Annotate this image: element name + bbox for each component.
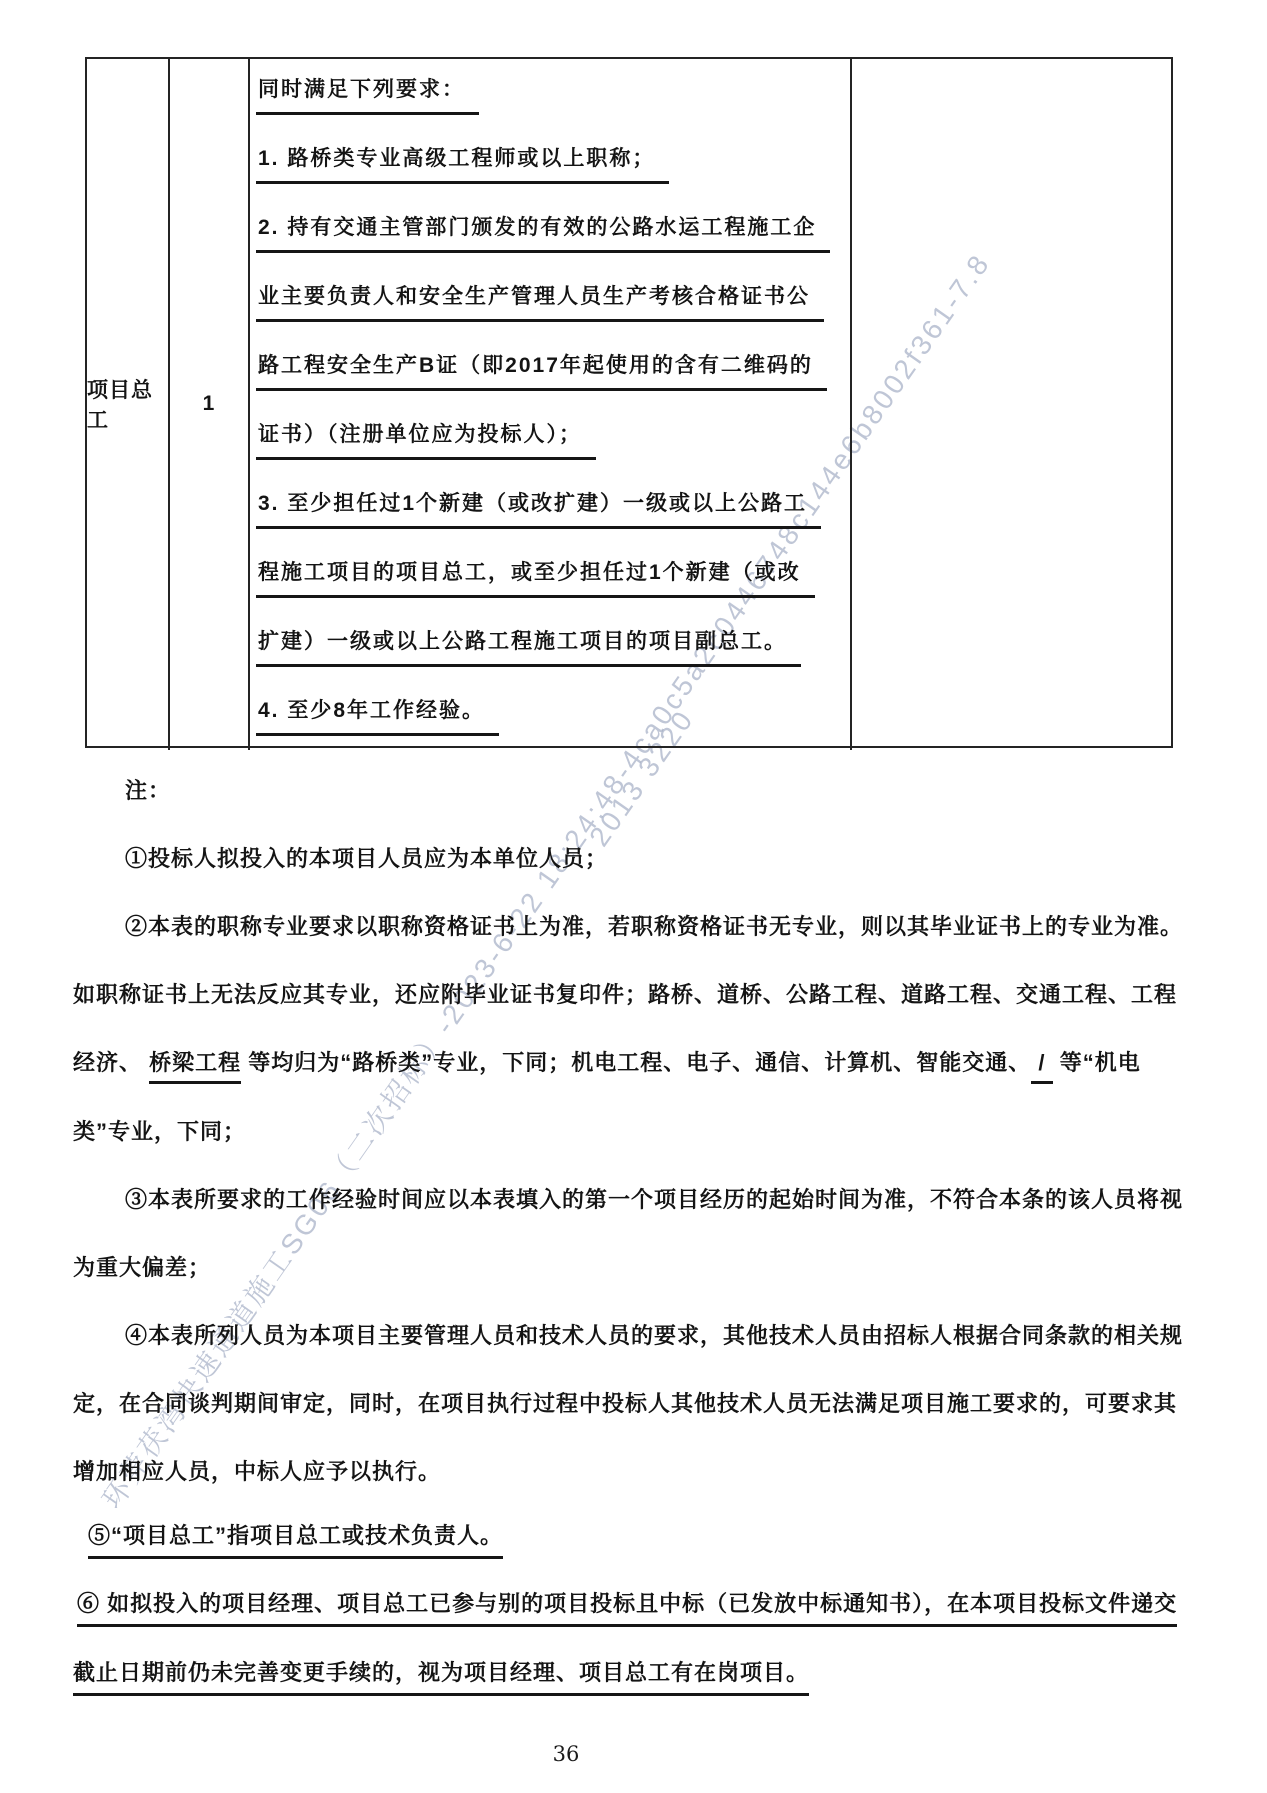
requirement-text: 扩建）一级或以上公路工程施工项目的项目副总工。 (256, 625, 801, 667)
note-segment: ③本表所要求的工作经验时间应以本表填入的第一个项目经历的起始时间为准，不符合本条… (125, 1187, 1183, 1212)
note-line: 注： (60, 755, 1225, 823)
note-line: ②本表的职称专业要求以职称资格证书上为准，若职称资格证书无专业，则以其毕业证书上… (60, 891, 1225, 959)
note-segment: 类”专业，下同； (73, 1119, 246, 1144)
note-text: ⑥ 如拟投入的项目经理、项目总工已参与别的项目投标且中标（已发放中标通知书），在… (77, 1587, 1177, 1627)
note-segment: 截止日期前仍未完善变更手续的，视为项目经理、项目总工有在岗项目。 (73, 1660, 809, 1685)
requirement-line: 2. 持有交通主管部门颁发的有效的公路水运工程施工企 (256, 197, 850, 266)
note-text: 注： (125, 774, 171, 805)
document-page: 环莞茯湾快速通道施工SG06（二次招标）-2023-6-22 18:24:48-… (0, 0, 1267, 1793)
requirement-line: 程施工项目的项目总工，或至少担任过1个新建（或改 (256, 543, 850, 612)
note-text: 增加相应人员，中标人应予以执行。 (73, 1455, 441, 1486)
note-line: 如职称证书上无法反应其专业，还应附毕业证书复印件；路桥、道桥、公路工程、道路工程… (60, 960, 1225, 1028)
requirement-line: 扩建）一级或以上公路工程施工项目的项目副总工。 (256, 612, 850, 681)
note-segment: 等均归为“路桥类”专业，下同；机电工程、电子、通信、计算机、智能交通、 (241, 1050, 1031, 1075)
note-segment: ⑤“项目总工”指项目总工或技术负责人。 (88, 1523, 503, 1548)
note-text: 如职称证书上无法反应其专业，还应附毕业证书复印件；路桥、道桥、公路工程、道路工程… (73, 978, 1177, 1009)
note-text: ②本表的职称专业要求以职称资格证书上为准，若职称资格证书无专业，则以其毕业证书上… (125, 910, 1183, 941)
requirement-line: 3. 至少担任过1个新建（或改扩建）一级或以上公路工 (256, 474, 850, 543)
requirement-text: 证书）（注册单位应为投标人）； (256, 418, 596, 460)
note-text: 截止日期前仍未完善变更手续的，视为项目经理、项目总工有在岗项目。 (73, 1656, 809, 1696)
position-label: 项目总工 (87, 374, 168, 434)
note-segment: 经济、 (73, 1050, 149, 1075)
requirement-line: 证书）（注册单位应为投标人）； (256, 404, 850, 473)
note-line: ③本表所要求的工作经验时间应以本表填入的第一个项目经历的起始时间为准，不符合本条… (60, 1164, 1225, 1232)
requirement-text: 3. 至少担任过1个新建（或改扩建）一级或以上公路工 (256, 487, 821, 529)
table-cell-position: 项目总工 (87, 59, 170, 750)
note-segment: ⑥ 如拟投入的项目经理、项目总工已参与别的项目投标且中标（已发放中标通知书），在… (77, 1591, 1177, 1616)
table-cell-requirements: 同时满足下列要求：1. 路桥类专业高级工程师或以上职称；2. 持有交通主管部门颁… (250, 59, 852, 750)
note-line: 增加相应人员，中标人应予以执行。 (60, 1437, 1225, 1505)
note-line: ④本表所列人员为本项目主要管理人员和技术人员的要求，其他技术人员由招标人根据合同… (60, 1301, 1225, 1369)
note-line: ①投标人拟投入的本项目人员应为本单位人员； (60, 823, 1225, 891)
note-text: ⑤“项目总工”指项目总工或技术负责人。 (88, 1519, 503, 1559)
note-line: ⑥ 如拟投入的项目经理、项目总工已参与别的项目投标且中标（已发放中标通知书），在… (60, 1573, 1225, 1641)
requirement-text: 1. 路桥类专业高级工程师或以上职称； (256, 142, 669, 184)
requirement-line: 路工程安全生产B证（即2017年起使用的含有二维码的 (256, 335, 850, 404)
requirement-line: 同时满足下列要求： (256, 59, 850, 128)
requirement-text: 路工程安全生产B证（即2017年起使用的含有二维码的 (256, 349, 827, 391)
note-text: 类”专业，下同； (73, 1115, 246, 1146)
notes-section: 注：①投标人拟投入的本项目人员应为本单位人员；②本表的职称专业要求以职称资格证书… (60, 755, 1225, 1710)
requirement-text: 程施工项目的项目总工，或至少担任过1个新建（或改 (256, 556, 815, 598)
note-segment: 增加相应人员，中标人应予以执行。 (73, 1459, 441, 1484)
table-cell-quantity: 1 (170, 59, 250, 750)
requirement-text: 业主要负责人和安全生产管理人员生产考核合格证书公 (256, 280, 824, 322)
note-text: ④本表所列人员为本项目主要管理人员和技术人员的要求，其他技术人员由招标人根据合同… (125, 1319, 1183, 1350)
note-segment: 注： (125, 778, 171, 803)
note-text: 为重大偏差； (73, 1251, 211, 1282)
table-cell-empty (852, 59, 1171, 750)
requirement-line: 4. 至少8年工作经验。 (256, 681, 850, 750)
note-segment: 定，在合同谈判期间审定，同时，在项目执行过程中投标人其他技术人员无法满足项目施工… (73, 1391, 1177, 1416)
note-segment: 如职称证书上无法反应其专业，还应附毕业证书复印件；路桥、道桥、公路工程、道路工程… (73, 982, 1177, 1007)
requirement-line: 业主要负责人和安全生产管理人员生产考核合格证书公 (256, 266, 850, 335)
note-line: 为重大偏差； (60, 1232, 1225, 1300)
note-segment: / (1031, 1050, 1052, 1084)
note-segment: 为重大偏差； (73, 1255, 211, 1280)
note-segment: 桥梁工程 (149, 1050, 241, 1084)
note-text: 定，在合同谈判期间审定，同时，在项目执行过程中投标人其他技术人员无法满足项目施工… (73, 1387, 1177, 1418)
quantity-value: 1 (203, 392, 216, 416)
requirement-text: 同时满足下列要求： (256, 73, 479, 115)
note-segment: 等“机电 (1053, 1050, 1141, 1075)
requirement-text: 2. 持有交通主管部门颁发的有效的公路水运工程施工企 (256, 211, 830, 253)
note-text: ①投标人拟投入的本项目人员应为本单位人员； (125, 842, 608, 873)
requirement-text: 4. 至少8年工作经验。 (256, 694, 499, 736)
page-number: 36 (536, 1742, 596, 1766)
note-segment: ②本表的职称专业要求以职称资格证书上为准，若职称资格证书无专业，则以其毕业证书上… (125, 914, 1183, 939)
note-segment: ①投标人拟投入的本项目人员应为本单位人员； (125, 846, 608, 871)
note-line: 经济、 桥梁工程 等均归为“路桥类”专业，下同；机电工程、电子、通信、计算机、智… (60, 1028, 1225, 1096)
note-line: 类”专业，下同； (60, 1096, 1225, 1164)
note-line: 截止日期前仍未完善变更手续的，视为项目经理、项目总工有在岗项目。 (60, 1641, 1225, 1709)
personnel-requirements-table: 项目总工 1 同时满足下列要求：1. 路桥类专业高级工程师或以上职称；2. 持有… (85, 57, 1173, 748)
note-text: 经济、 桥梁工程 等均归为“路桥类”专业，下同；机电工程、电子、通信、计算机、智… (73, 1046, 1141, 1077)
note-line: 定，在合同谈判期间审定，同时，在项目执行过程中投标人其他技术人员无法满足项目施工… (60, 1369, 1225, 1437)
requirement-line: 1. 路桥类专业高级工程师或以上职称； (256, 128, 850, 197)
note-segment: ④本表所列人员为本项目主要管理人员和技术人员的要求，其他技术人员由招标人根据合同… (125, 1323, 1183, 1348)
note-line: ⑤“项目总工”指项目总工或技术负责人。 (60, 1505, 1225, 1573)
note-text: ③本表所要求的工作经验时间应以本表填入的第一个项目经历的起始时间为准，不符合本条… (125, 1183, 1183, 1214)
